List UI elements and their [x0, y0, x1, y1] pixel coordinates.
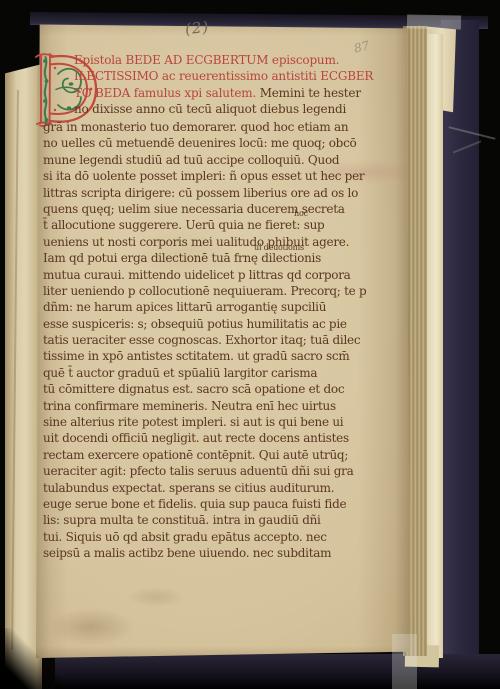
pencil-page-number: (2) — [184, 18, 210, 38]
text-line: seipsū a malis actibz bene uiuendo. nec … — [43, 545, 366, 561]
manuscript-photo: (2) 87 D Epistola BEDE AD ECGB — [0, 0, 500, 689]
text-line: rectam exercere opationē contēpnit. Qui … — [43, 447, 366, 463]
corner-shadow — [0, 628, 62, 689]
mixed-line: TO BEDA famulus xpi salutem. Memini te h… — [74, 85, 373, 101]
text-line: esse suspiceris: s; obsequiū potius humi… — [43, 316, 366, 332]
rubric-line: ILECTISSIMO ac reuerentissimo antistiti … — [74, 68, 373, 84]
text-line: no dixisse anno cū tecū aliquot diebus l… — [74, 101, 373, 117]
translucent-strip-top — [407, 15, 461, 30]
text-line: tulabundus expectat. sperans se citius a… — [43, 480, 366, 496]
text-line: trina confirmare memineris. Neutra enī h… — [43, 398, 366, 414]
text-line: littras scripta dirigere: cū possem libe… — [43, 185, 366, 201]
ink-segment: Memini te hester — [256, 86, 361, 100]
text-line: tū cōmittere dignatus est. sacro scā opa… — [43, 381, 366, 397]
text-line: euge serue bone et fidelis. quia sup pau… — [43, 496, 366, 512]
text-line: ueniens ut nosti corporis mei ualitudo p… — [43, 234, 366, 250]
text-line: sine alterius rite potest impleri. si au… — [43, 414, 366, 430]
text-line: si ita dō uolente posset impleri: ñ opus… — [43, 168, 366, 184]
heading-block: Epistola BEDE AD ECGBERTUM episcopum. IL… — [74, 52, 373, 118]
text-line: no uelles cū metuendē deuenires locū: me… — [43, 135, 366, 151]
text-line: grā in monasterio tuo demorarer. quod ho… — [43, 119, 366, 135]
text-line: quē t̄ auctor graduū et spūaliū largitor… — [43, 365, 366, 381]
text-line: t̄ allocutione suggerere. Uerū quia ne f… — [43, 217, 366, 233]
text-line: mune legendi studiū ad tuū accipe colloq… — [43, 152, 366, 168]
text-line: lis: supra multa te constituā. intra in … — [43, 512, 366, 528]
body-text: grā in monasterio tuo demorarer. quod ho… — [43, 119, 366, 562]
text-line: tatis ueraciter esse cognoscas. Exhortor… — [43, 332, 366, 348]
rubric-title-line: Epistola BEDE AD ECGBERTUM episcopum. — [74, 52, 373, 68]
text-line: tui. Siquis uō qd absit gradu epātus acc… — [43, 529, 366, 545]
book-cover-right — [441, 20, 479, 660]
text-line: ueraciter agit: pfecto talis seruus adue… — [43, 463, 366, 479]
translucent-strip-bottom — [392, 634, 417, 689]
text-line: mutua curaui. mittendo uidelicet p littr… — [43, 267, 366, 283]
text-line: quens quęq; uelim siue necessaria ducere… — [43, 201, 366, 217]
text-line: Iam qd potui erga dilectionē tuā frnę di… — [43, 250, 366, 266]
interlinear-gloss: hoc — [294, 209, 308, 218]
text-line: uit docendi officiū negligit. aut recte … — [43, 430, 366, 446]
interlinear-gloss: ul deuotionis — [254, 243, 304, 252]
text-line: dñm: ne harum apices littarū arrogantię … — [43, 299, 366, 315]
text-line: tissime in xpō antistes sctitatem. ut gr… — [43, 348, 366, 364]
rubric-segment: TO BEDA famulus xpi salutem. — [74, 86, 256, 100]
text-line: liter ueniendo p collocutionē nequiueram… — [43, 283, 366, 299]
